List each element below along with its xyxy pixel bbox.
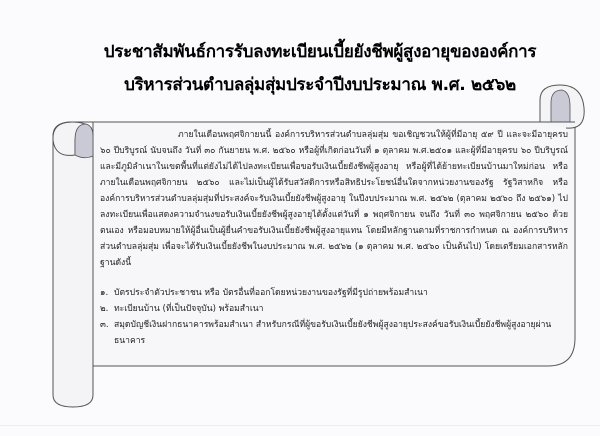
requirement-number: ๑. (100, 285, 114, 301)
announcement-title-line-2: บริหารส่วนตำบลลุ่มสุ่มประจำปีงบประมาณ พ.… (60, 71, 580, 98)
requirement-text: ทะเบียนบ้าน (ที่เป็นปัจจุบัน) พร้อมสำเนา (114, 304, 264, 314)
requirement-item: ๓.สมุดบัญชีเงินฝากธนาคารพร้อมสำเนา สำหรั… (100, 317, 568, 349)
paragraph-text: ภายในเดือนพฤศจิกายนนี้ องค์การบริหารส่วน… (100, 130, 568, 268)
page-edge-divider (0, 425, 600, 426)
announcement-paragraph: ภายในเดือนพฤศจิกายนนี้ องค์การบริหารส่วน… (100, 127, 568, 271)
requirement-item: ๒.ทะเบียนบ้าน (ที่เป็นปัจจุบัน) พร้อมสำเ… (100, 301, 568, 317)
requirement-number: ๓. (100, 317, 114, 333)
document-page: ประชาสัมพันธ์การรับลงทะเบียนเบี้ยยังชีพผ… (0, 0, 600, 436)
requirement-text: บัตรประจำตัวประชาชน หรือ บัตรอื่นที่ออกโ… (114, 288, 428, 298)
announcement-title-line-1: ประชาสัมพันธ์การรับลงทะเบียนเบี้ยยังชีพผ… (60, 38, 580, 65)
requirement-text: สมุดบัญชีเงินฝากธนาคารพร้อมสำเนา สำหรับก… (114, 320, 551, 346)
requirement-number: ๒. (100, 301, 114, 317)
requirements-list: ๑.บัตรประจำตัวประชาชน หรือ บัตรอื่นที่ออ… (100, 285, 568, 349)
requirement-item: ๑.บัตรประจำตัวประชาชน หรือ บัตรอื่นที่ออ… (100, 285, 568, 301)
